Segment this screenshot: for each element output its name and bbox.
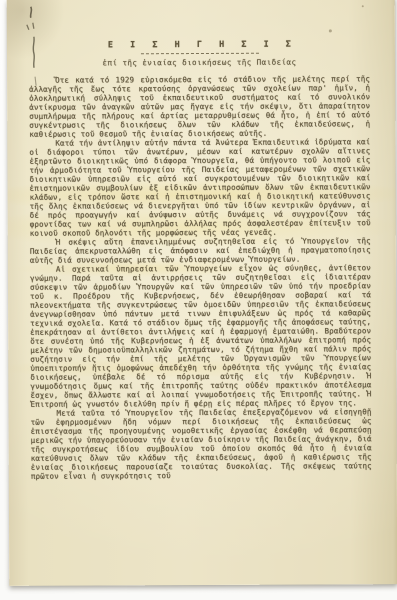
- document-title: Ε Ι Σ Η Γ Η Σ Ι Σ: [29, 39, 370, 50]
- paragraph-5: Μετά ταῦτα τό Ὑπουργεῖον τῆς Παιδείας ἐπ…: [31, 407, 372, 480]
- paper-speck: [362, 5, 364, 7]
- paper-speck: [329, 29, 332, 32]
- typed-text-block: Ε Ι Σ Η Γ Η Σ Ι Σ ἐπί τῆς ἑνιαίας διοική…: [29, 39, 372, 480]
- paragraph-3: Ἡ σκέψις αὕτη ἐπανειλημμένως συζητηθεῖσα…: [30, 236, 371, 264]
- title-underline: [140, 53, 258, 55]
- paragraph-4: Αἱ σχετικαί ὑπηρεσίαι τῶν Ὑπουργείων εἶχ…: [30, 263, 372, 408]
- document-subtitle: ἐπί τῆς ἑνιαίας διοικήσεως τῆς Παιδείας: [29, 57, 370, 67]
- paragraph-2: Κατά τήν ἀντίληψιν αὐτήν πάντα τά Ἀνώτερ…: [29, 137, 370, 237]
- scanned-document-page: Ε Ι Σ Η Γ Η Σ Ι Σ ἐπί τῆς ἑνιαίας διοική…: [0, 0, 397, 600]
- paper-sheet: Ε Ι Σ Η Γ Η Σ Ι Σ ἐπί τῆς ἑνιαίας διοική…: [7, 0, 397, 586]
- paragraph-1: Ὅτε κατά τό 1929 εὑρισκόμεθα εἰς τό στάδ…: [29, 74, 370, 138]
